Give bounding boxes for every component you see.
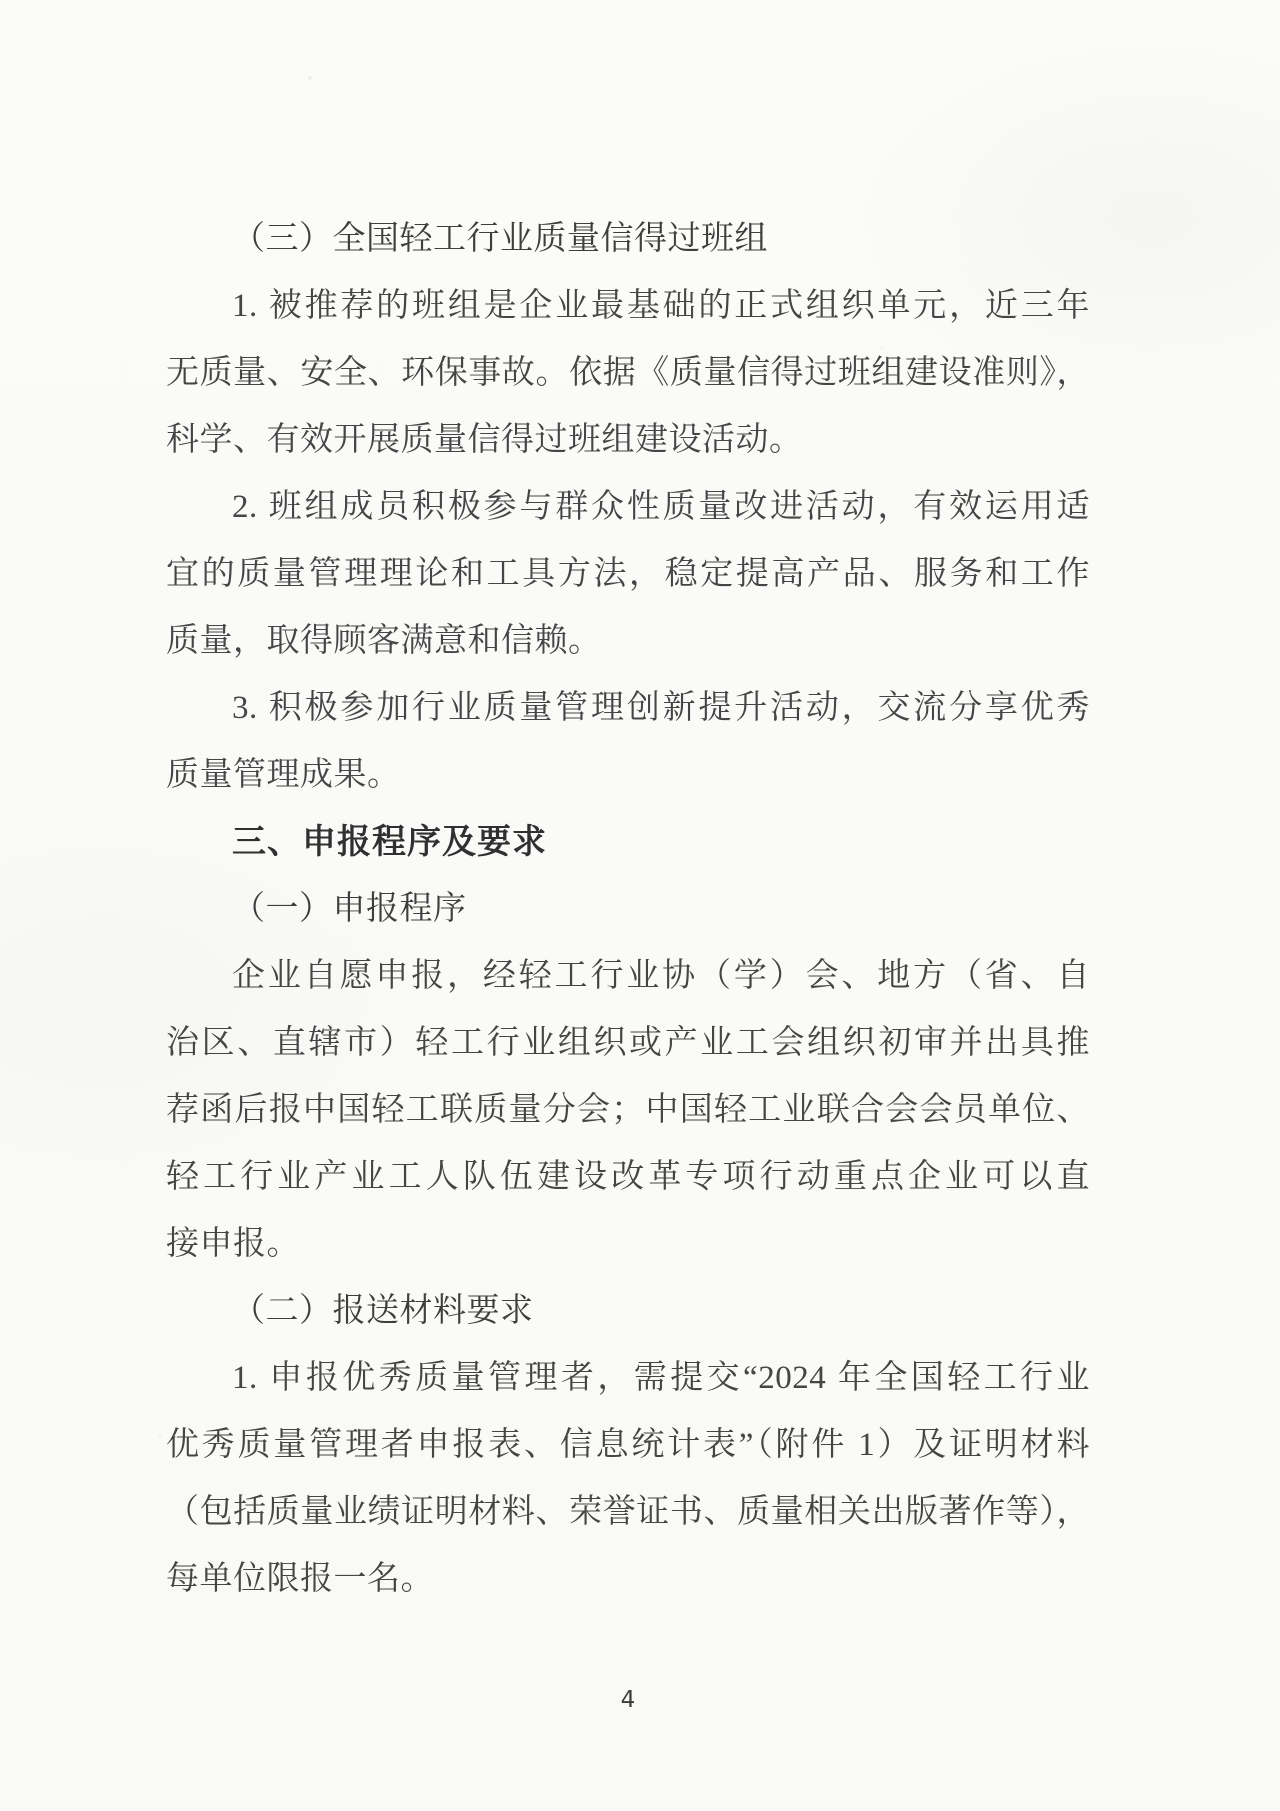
subsection-heading-1: （一）申报程序 <box>166 876 1090 943</box>
text-line: 3. 积极参加行业质量管理创新提升活动，交流分享优秀 <box>166 675 1090 742</box>
text-line: 质量，取得顾客满意和信赖。 <box>166 608 1090 675</box>
text-line: 轻工行业产业工人队伍建设改革专项行动重点企业可以直 <box>166 1144 1090 1211</box>
section-heading: 三、申报程序及要求 <box>166 809 1090 876</box>
text-line: 2. 班组成员积极参与群众性质量改进活动，有效运用适 <box>166 474 1090 541</box>
text-line: 荐函后报中国轻工联质量分会；中国轻工业联合会会员单位、 <box>166 1077 1090 1144</box>
text-line: 每单位限报一名。 <box>166 1546 1090 1613</box>
document-text-block: （三）全国轻工行业质量信得过班组 1. 被推荐的班组是企业最基础的正式组织单元，… <box>166 206 1090 1613</box>
text-line: 企业自愿申报，经轻工行业协（学）会、地方（省、自 <box>166 943 1090 1010</box>
text-line: 1. 申报优秀质量管理者，需提交“2024 年全国轻工行业 <box>166 1345 1090 1412</box>
document-page: （三）全国轻工行业质量信得过班组 1. 被推荐的班组是企业最基础的正式组织单元，… <box>0 0 1280 1811</box>
text-line: 优秀质量管理者申报表、信息统计表”（附件 1）及证明材料 <box>166 1412 1090 1479</box>
text-line: 接申报。 <box>166 1211 1090 1278</box>
text-line: 质量管理成果。 <box>166 742 1090 809</box>
subsection-heading-3: （三）全国轻工行业质量信得过班组 <box>166 206 1090 273</box>
text-line: 治区、直辖市）轻工行业组织或产业工会组织初审并出具推 <box>166 1010 1090 1077</box>
text-line: （包括质量业绩证明材料、荣誉证书、质量相关出版著作等）， <box>166 1479 1090 1546</box>
text-line: 宜的质量管理理论和工具方法，稳定提高产品、服务和工作 <box>166 541 1090 608</box>
text-line: 无质量、安全、环保事故。依据《质量信得过班组建设准则》， <box>166 340 1090 407</box>
text-line: 1. 被推荐的班组是企业最基础的正式组织单元，近三年 <box>166 273 1090 340</box>
subsection-heading-2: （二）报送材料要求 <box>166 1278 1090 1345</box>
page-number: 4 <box>166 1684 1090 1716</box>
text-line: 科学、有效开展质量信得过班组建设活动。 <box>166 407 1090 474</box>
